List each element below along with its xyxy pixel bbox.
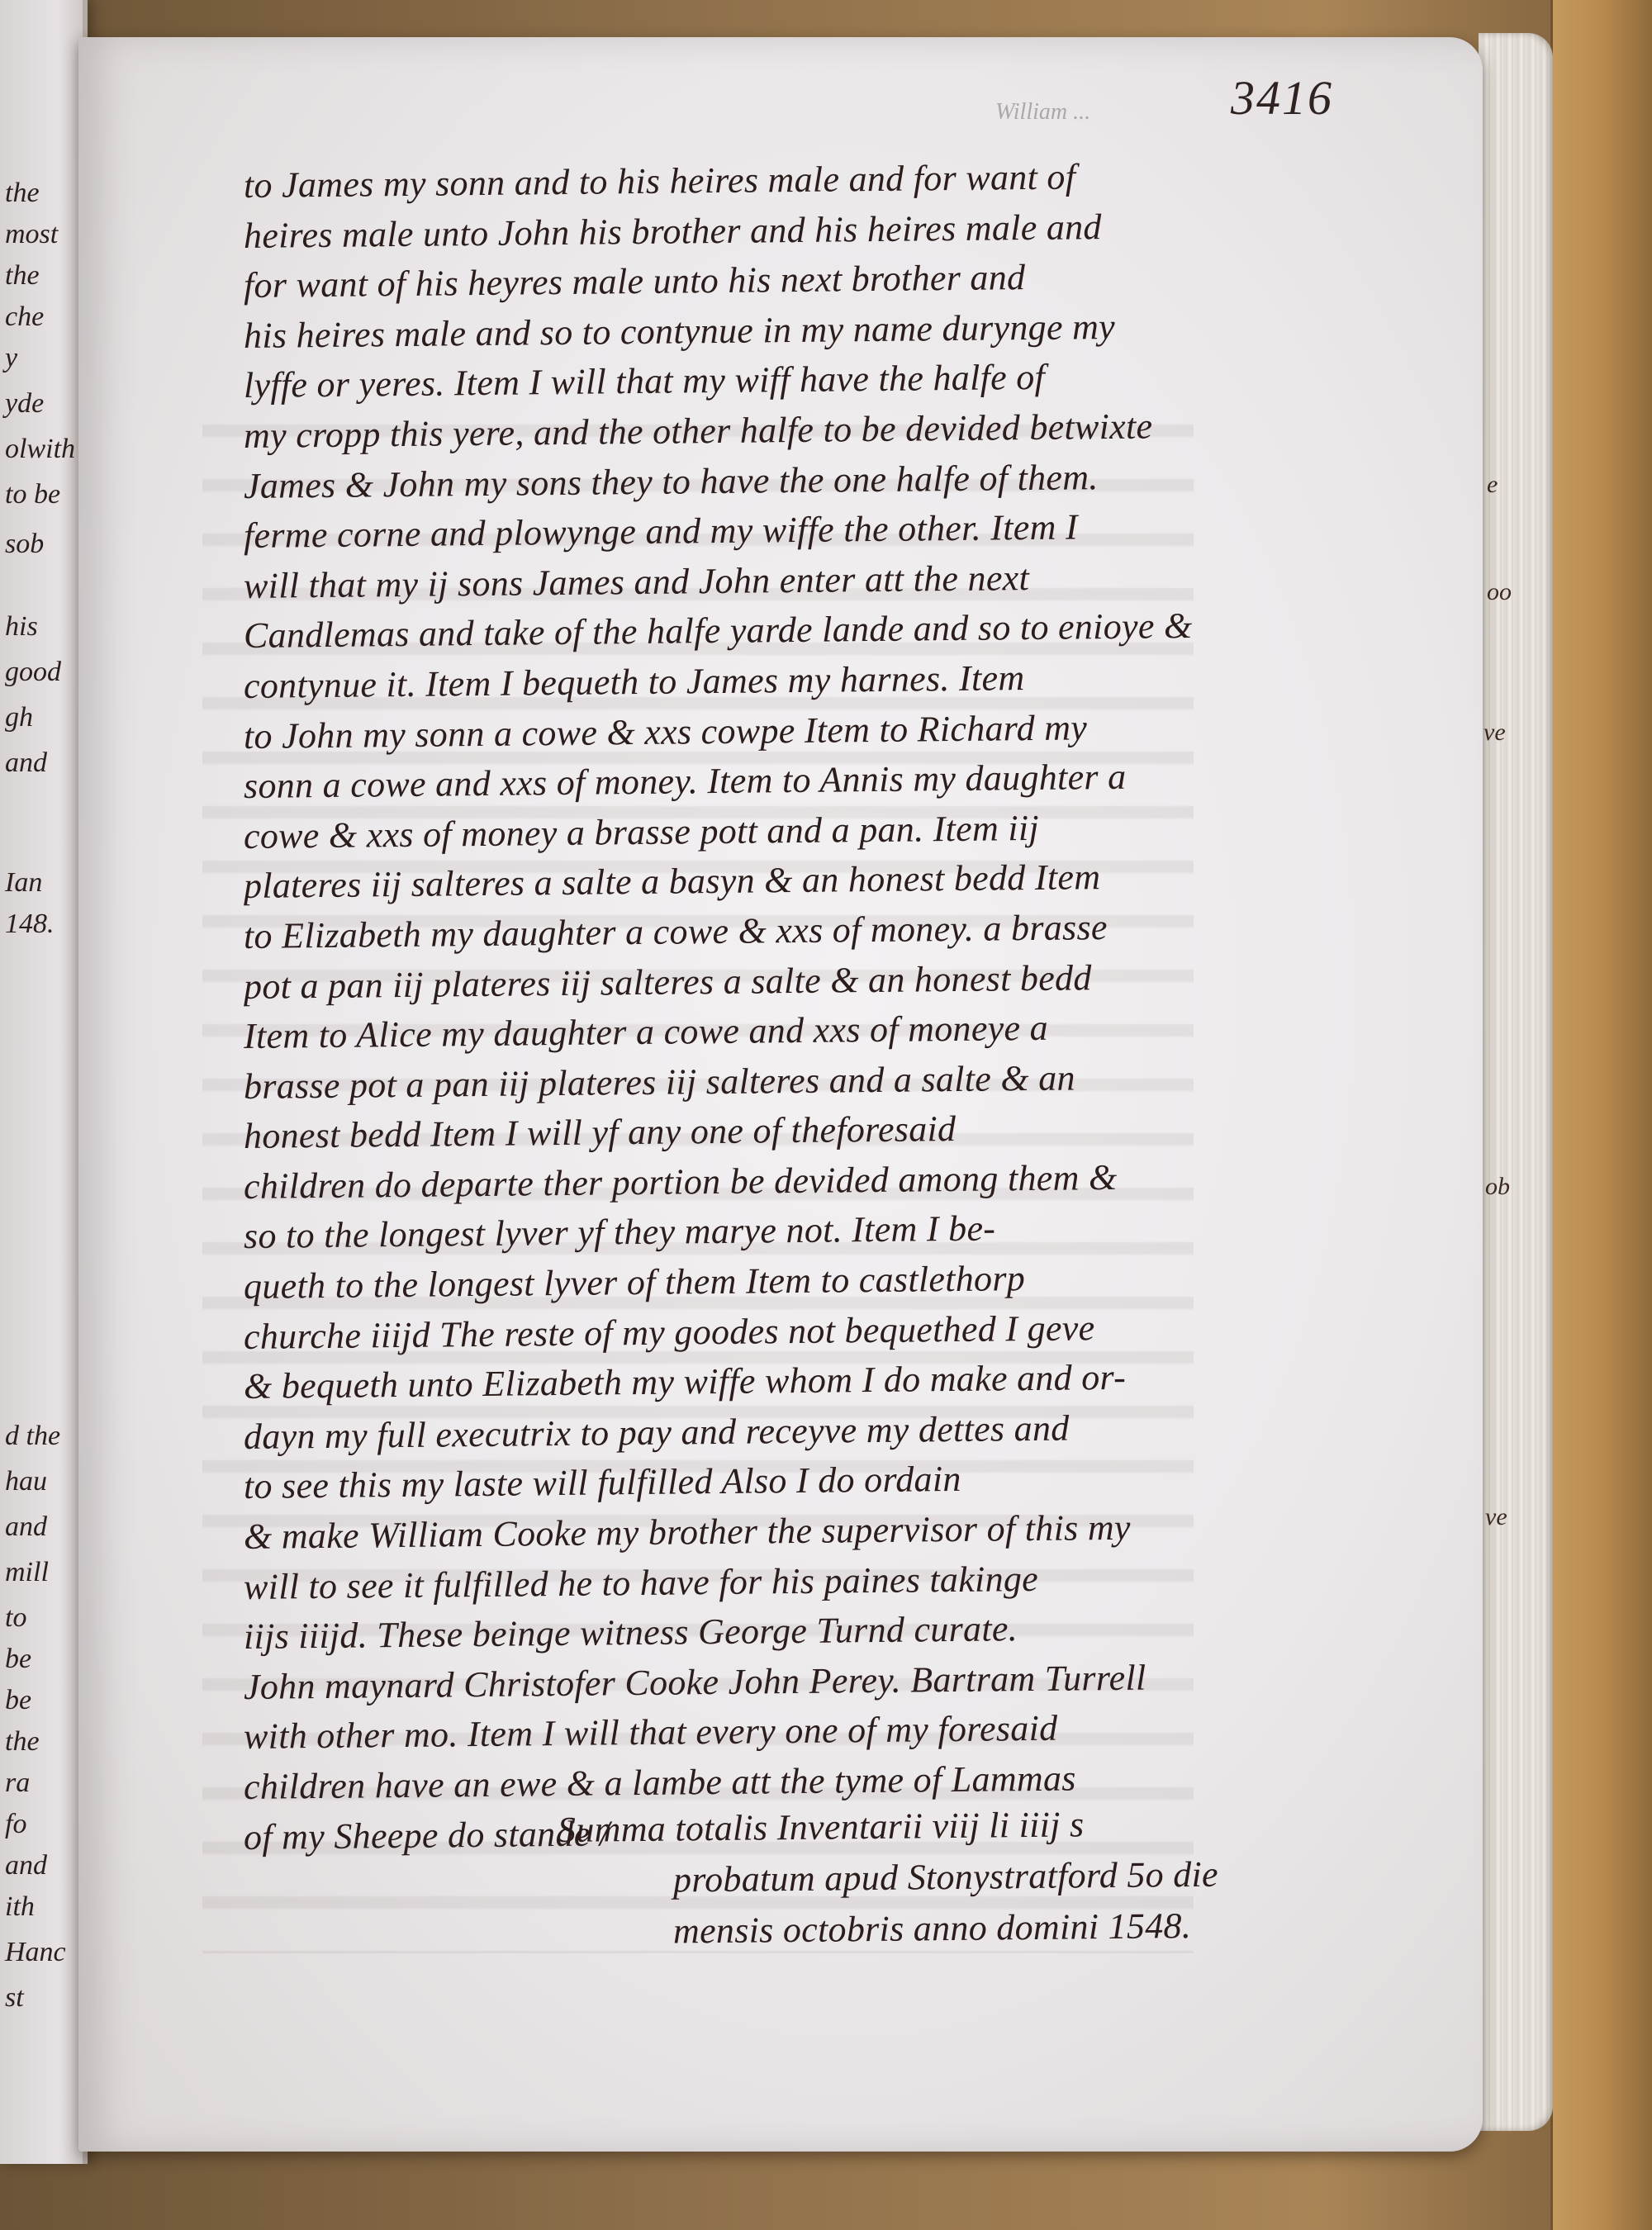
stack-mark: ve <box>1485 1503 1507 1531</box>
stack-mark: ob <box>1485 1173 1510 1201</box>
page-stack-edge: ve ob ve e oo <box>1479 33 1553 2131</box>
margin-fragment: 148. <box>5 909 55 940</box>
probate-line: mensis octobris anno domini 1548. <box>558 1899 1384 1958</box>
margin-fragment: and <box>5 747 47 779</box>
margin-fragment: most <box>5 219 58 250</box>
margin-fragment: Ian <box>5 867 42 899</box>
margin-fragment: yde <box>5 388 44 420</box>
margin-fragment: che <box>5 301 44 333</box>
margin-fragment: the <box>5 178 40 209</box>
margin-fragment: st <box>5 1982 24 2014</box>
margin-fragment: ith <box>5 1891 35 1923</box>
book-binding <box>1550 0 1652 2230</box>
folio-number: 3416 <box>1231 70 1333 126</box>
margin-fragment: and <box>5 1850 47 1881</box>
manuscript-photo: ve ob ve e oo the most the che y yde olw… <box>0 0 1652 2230</box>
margin-fragment: d the <box>5 1421 60 1452</box>
margin-fragment: his <box>5 611 38 643</box>
probate-line: Summa totalis Inventarii viij li iiij s <box>558 1796 1384 1856</box>
margin-fragment: good <box>5 657 61 688</box>
stack-mark: oo <box>1487 578 1512 606</box>
margin-fragment: and <box>5 1511 47 1543</box>
stack-mark: e <box>1487 471 1498 499</box>
margin-fragment: the <box>5 260 40 292</box>
facing-left-page: the most the che y yde olwith to be sob … <box>0 0 88 2164</box>
margin-fragment: gh <box>5 702 33 733</box>
margin-fragment: Hanc <box>5 1937 66 1968</box>
margin-fragment: to <box>5 1602 26 1634</box>
margin-fragment: ra <box>5 1767 30 1799</box>
margin-fragment: mill <box>5 1557 49 1588</box>
margin-fragment: fo <box>5 1809 26 1840</box>
stack-mark: ve <box>1483 719 1506 747</box>
margin-fragment: sob <box>5 529 44 560</box>
probate-line: probatum apud Stonystratford 5o die <box>558 1848 1384 1907</box>
margin-fragment: to be <box>5 479 60 510</box>
margin-fragment: be <box>5 1644 31 1675</box>
will-text: to James my sonn and to his heires male … <box>244 161 1466 1862</box>
margin-fragment: y <box>5 343 17 374</box>
margin-fragment: hau <box>5 1466 47 1497</box>
margin-fragment: be <box>5 1685 31 1716</box>
manuscript-page: William ... 3416 to James my sonn and to… <box>78 37 1483 2152</box>
faint-header-note: William ... <box>995 99 1090 126</box>
margin-fragment: the <box>5 1726 40 1758</box>
probate-clause: Summa totalis Inventarii viij li iiij s … <box>558 1805 1384 1958</box>
margin-fragment: olwith <box>5 434 75 465</box>
